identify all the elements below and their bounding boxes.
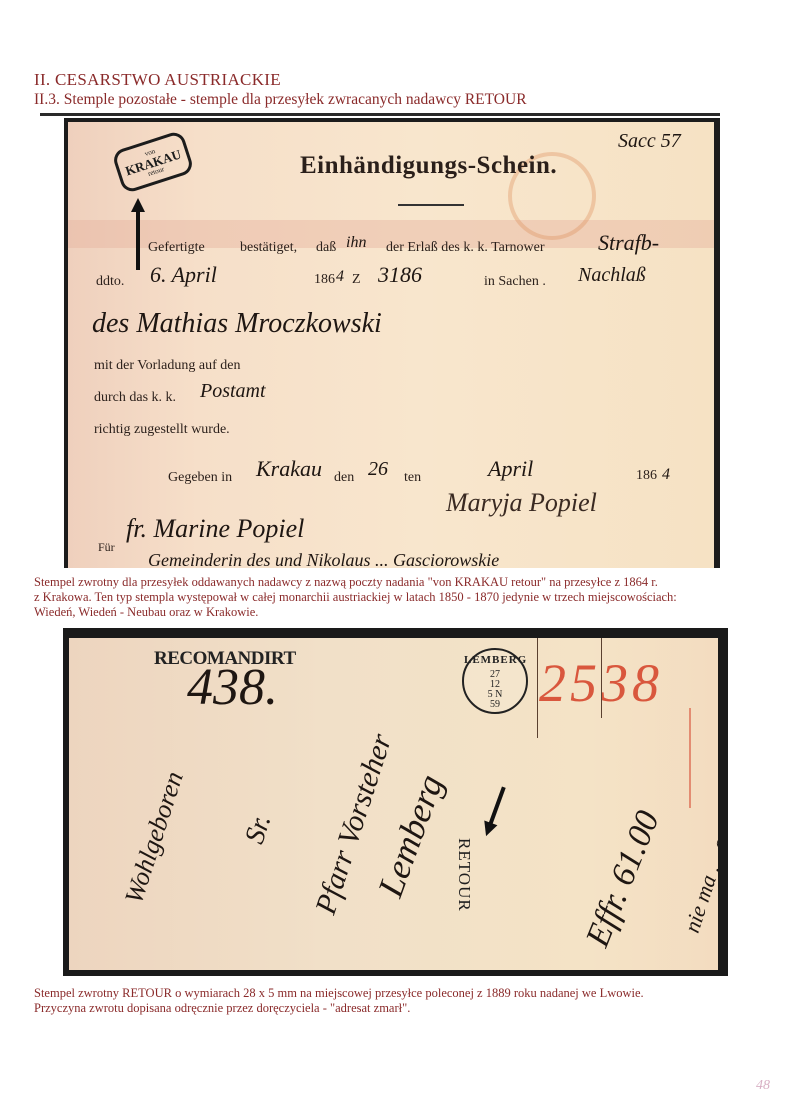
arrow-down-icon (488, 787, 505, 826)
subsection-title: II.3. Stemple pozostałe - stemple dla pr… (34, 91, 527, 109)
signature: Maryja Popiel (446, 488, 597, 518)
document-paper: von KRAKAU retour Einhändigungs-Schein. … (68, 122, 714, 568)
document-einhaendigungsschein-photo: von KRAKAU retour Einhändigungs-Schein. … (64, 118, 720, 568)
lemberg-postmark: LEMBERG 27 12 5 N 59 (462, 648, 528, 714)
page-number: 48 (756, 1078, 770, 1094)
header-rule (40, 113, 720, 116)
cover-paper: RECOMANDIRT 438. LEMBERG 27 12 5 N 59 25… (69, 638, 718, 970)
corner-note: Sacc 57 (618, 130, 681, 153)
section-title: II. CESARSTWO AUSTRIACKIE (34, 70, 281, 90)
krakau-retour-stamp: von KRAKAU retour (111, 130, 195, 195)
registered-cover-photo: RECOMANDIRT 438. LEMBERG 27 12 5 N 59 25… (63, 628, 728, 976)
arrow-up-icon (136, 210, 140, 270)
document-title: Einhändigungs-Schein. (300, 152, 557, 180)
number-mark: 438. (187, 658, 278, 717)
caption-krakau-retour: Stempel zwrotny dla przesyłek oddawanych… (34, 575, 794, 620)
caption-retour: Stempel zwrotny RETOUR o wymiarach 28 x … (34, 986, 794, 1016)
retour-stamp: RETOUR (454, 838, 474, 912)
